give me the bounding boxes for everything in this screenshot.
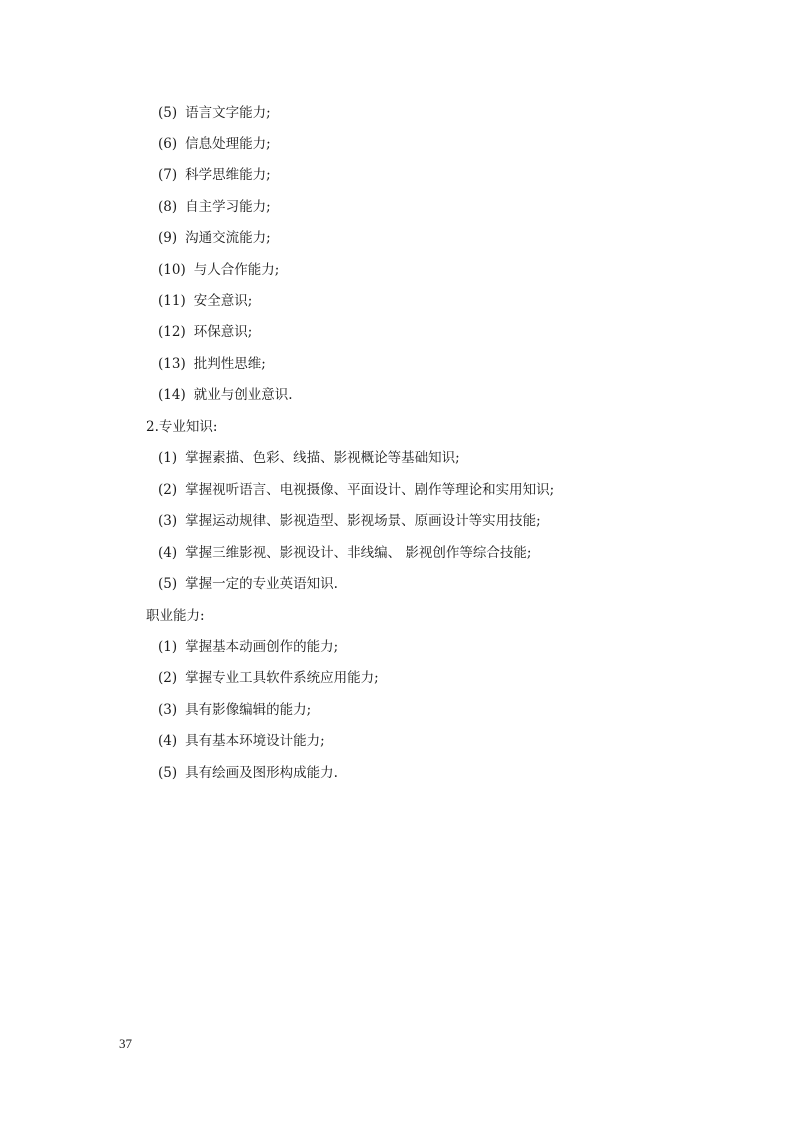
list-item: (5)掌握一定的专业英语知识. <box>158 575 338 593</box>
item-text: 与人合作能力; <box>194 262 280 278</box>
item-text: 掌握素描、色彩、线描、影视概论等基础知识; <box>185 450 460 466</box>
page-number: 37 <box>119 1036 132 1052</box>
list-item: (5)具有绘画及图形构成能力. <box>158 764 338 782</box>
list-item: (7)科学思维能力; <box>158 166 271 184</box>
item-number: (5) <box>158 575 177 593</box>
item-number: (5) <box>158 104 177 122</box>
list-item: (2)掌握视听语言、电视摄像、平面设计、剧作等理论和实用知识; <box>158 481 554 499</box>
item-text: 掌握专业工具软件系统应用能力; <box>185 670 379 686</box>
item-number: (7) <box>158 166 177 184</box>
item-text: 掌握一定的专业英语知识. <box>185 576 338 592</box>
list-item: (3)掌握运动规律、影视造型、影视场景、原画设计等实用技能; <box>158 512 541 530</box>
item-text: 掌握三维影视、影视设计、非线编、 影视创作等综合技能; <box>185 545 531 561</box>
item-text: 具有影像编辑的能力; <box>185 702 311 718</box>
item-text: 环保意识; <box>194 324 253 340</box>
item-number: (11) <box>158 292 186 310</box>
item-text: 沟通交流能力; <box>185 230 271 246</box>
item-number: (10) <box>158 261 186 279</box>
item-number: (1) <box>158 449 177 467</box>
item-number: (9) <box>158 229 177 247</box>
section-heading: 职业能力: <box>146 607 205 625</box>
item-text: 具有基本环境设计能力; <box>185 733 325 749</box>
item-text: 掌握视听语言、电视摄像、平面设计、剧作等理论和实用知识; <box>185 482 554 498</box>
item-number: (2) <box>158 669 177 687</box>
list-item: (2)掌握专业工具软件系统应用能力; <box>158 669 379 687</box>
document-page: (5)语言文字能力; (6)信息处理能力; (7)科学思维能力; (8)自主学习… <box>0 0 800 1131</box>
item-number: (6) <box>158 135 177 153</box>
item-text: 具有绘画及图形构成能力. <box>185 765 338 781</box>
item-number: (14) <box>158 386 186 404</box>
list-item: (13)批判性思维; <box>158 355 266 373</box>
list-item: (8)自主学习能力; <box>158 198 271 216</box>
item-number: (5) <box>158 764 177 782</box>
list-item: (4)具有基本环境设计能力; <box>158 732 325 750</box>
list-item: (12)环保意识; <box>158 323 252 341</box>
item-text: 安全意识; <box>194 293 253 309</box>
list-item: (9)沟通交流能力; <box>158 229 271 247</box>
list-item: (6)信息处理能力; <box>158 135 271 153</box>
item-number: (4) <box>158 544 177 562</box>
item-text: 批判性思维; <box>194 356 266 372</box>
list-item: (1)掌握素描、色彩、线描、影视概论等基础知识; <box>158 449 460 467</box>
item-number: (2) <box>158 481 177 499</box>
item-text: 掌握基本动画创作的能力; <box>185 639 338 655</box>
list-item: (11)安全意识; <box>158 292 252 310</box>
item-number: (4) <box>158 732 177 750</box>
item-text: 科学思维能力; <box>185 167 271 183</box>
item-text: 语言文字能力; <box>185 105 271 121</box>
item-number: (3) <box>158 701 177 719</box>
list-item: (3)具有影像编辑的能力; <box>158 701 311 719</box>
item-number: (12) <box>158 323 186 341</box>
item-number: (13) <box>158 355 186 373</box>
section-heading: 2.专业知识: <box>146 418 217 436</box>
list-item: (5)语言文字能力; <box>158 104 271 122</box>
item-number: (3) <box>158 512 177 530</box>
item-number: (1) <box>158 638 177 656</box>
list-item: (1)掌握基本动画创作的能力; <box>158 638 338 656</box>
item-number: (8) <box>158 198 177 216</box>
list-item: (4)掌握三维影视、影视设计、非线编、 影视创作等综合技能; <box>158 544 531 562</box>
item-text: 掌握运动规律、影视造型、影视场景、原画设计等实用技能; <box>185 513 541 529</box>
item-text: 信息处理能力; <box>185 136 271 152</box>
list-item: (14)就业与创业意识. <box>158 386 293 404</box>
item-text: 自主学习能力; <box>185 199 271 215</box>
list-item: (10)与人合作能力; <box>158 261 279 279</box>
item-text: 就业与创业意识. <box>194 387 293 403</box>
